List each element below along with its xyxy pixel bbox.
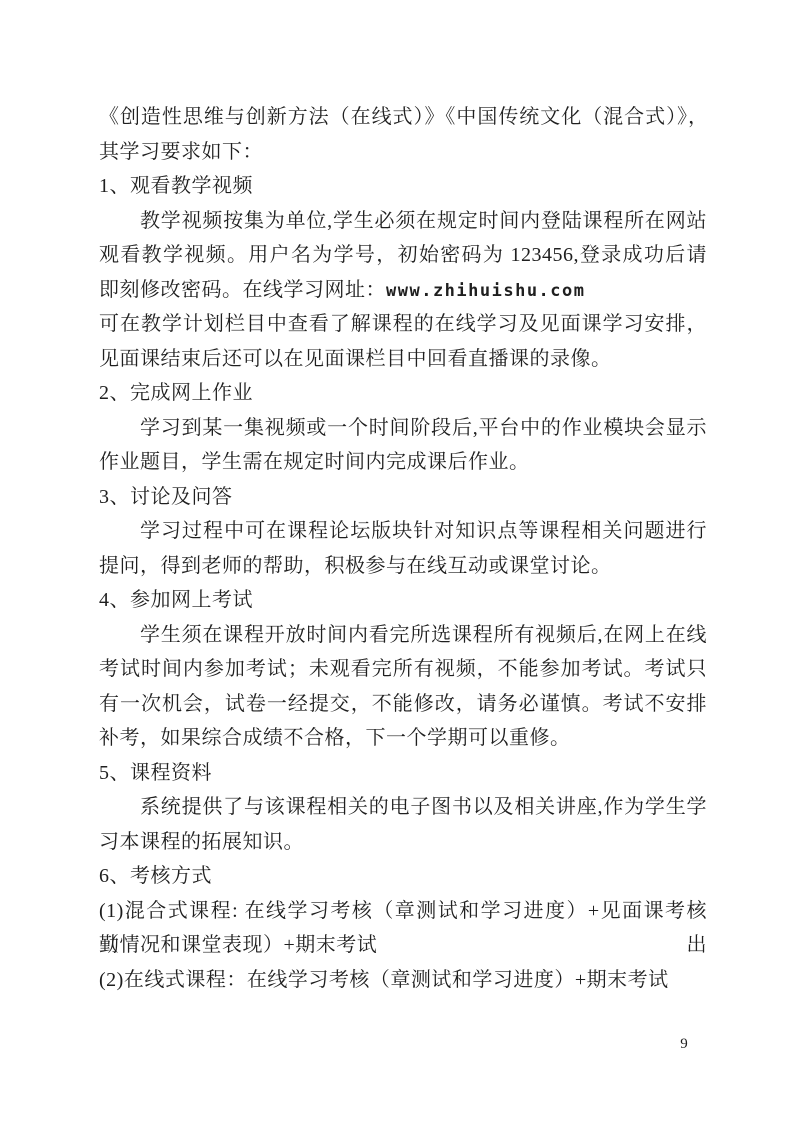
text-line: 补考，如果综合成绩不合格，下一个学期可以重修。	[99, 721, 707, 756]
text-line: 4、参加网上考试	[99, 583, 707, 618]
text-line: 学生须在课程开放时间内看完所选课程所有视频后,在网上在线	[99, 618, 707, 653]
text-line: 1、观看教学视频	[99, 169, 707, 204]
text-line: (2)在线式课程：在线学习考核（章测试和学习进度）+期末考试	[99, 963, 707, 998]
text-line: 习本课程的拓展知识。	[99, 825, 707, 860]
text-line: 6、考核方式	[99, 859, 707, 894]
text-line: 考试时间内参加考试；未观看完所有视频，不能参加考试。考试只	[99, 652, 707, 687]
text-line-prefix: 即刻修改密码。在线学习网址：	[99, 279, 386, 301]
text-line: 即刻修改密码。在线学习网址：www.zhihuishu.com	[99, 273, 707, 308]
body-text: 《创造性思维与创新方法（在线式）》《中国传统文化（混合式）》，其学习要求如下：1…	[99, 100, 707, 997]
text-line: (1)混合式课程: 在线学习考核（章测试和学习进度）+见面课考核（出	[99, 894, 707, 929]
text-line: 5、课程资料	[99, 756, 707, 791]
text-line: 学习到某一集视频或一个时间阶段后,平台中的作业模块会显示	[99, 411, 707, 446]
page-number: 9	[669, 1034, 699, 1054]
text-line: 2、完成网上作业	[99, 376, 707, 411]
text-line: 可在教学计划栏目中查看了解课程的在线学习及见面课学习安排，	[99, 307, 707, 342]
text-line: 《创造性思维与创新方法（在线式）》《中国传统文化（混合式）》，	[99, 100, 707, 135]
text-line: 作业题目，学生需在规定时间内完成课后作业。	[99, 445, 707, 480]
online-learning-url: www.zhihuishu.com	[386, 281, 586, 301]
text-line: 有一次机会，试卷一经提交，不能修改，请务必谨慎。考试不安排	[99, 687, 707, 722]
text-line: 其学习要求如下：	[99, 135, 707, 170]
text-line: 见面课结束后还可以在见面课栏目中回看直播课的录像。	[99, 342, 707, 377]
text-line: 3、讨论及问答	[99, 480, 707, 515]
text-line: 系统提供了与该课程相关的电子图书以及相关讲座,作为学生学	[99, 790, 707, 825]
text-line: 学习过程中可在课程论坛版块针对知识点等课程相关问题进行	[99, 514, 707, 549]
text-line: 教学视频按集为单位,学生必须在规定时间内登陆课程所在网站	[99, 204, 707, 239]
text-line: 观看教学视频。用户名为学号，初始密码为 123456,登录成功后请	[99, 238, 707, 273]
document-page: 《创造性思维与创新方法（在线式）》《中国传统文化（混合式）》，其学习要求如下：1…	[0, 0, 793, 1122]
text-line: 提问，得到老师的帮助，积极参与在线互动或课堂讨论。	[99, 549, 707, 584]
